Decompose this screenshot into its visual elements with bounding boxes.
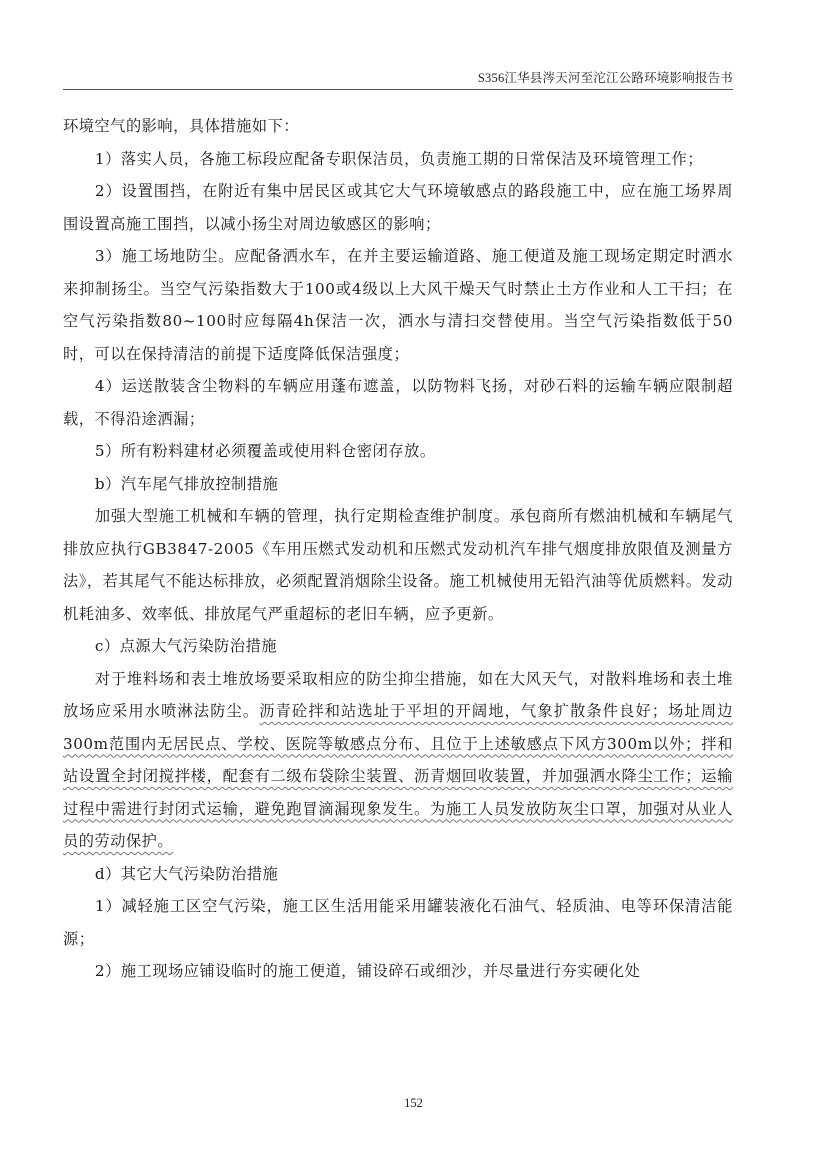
document-title: S356江华县涔天河至沱江公路环境影响报告书 (478, 68, 733, 86)
paragraph-other-measure-2: 2）施工现场应铺设临时的施工便道，铺设碎石或细沙，并尽量进行夯实硬化处 (63, 955, 733, 988)
page-header: S356江华县涔天河至沱江公路环境影响报告书 (63, 68, 733, 90)
paragraph-measure-1: 1）落实人员，各施工标段应配备专职保洁员，负责施工期的日常保洁及环境管理工作； (63, 143, 733, 176)
paragraph-measure-2: 2）设置围挡，在附近有集中居民区或其它大气环境敏感点的路段施工中，应在施工场界周… (63, 175, 733, 240)
paragraph-measure-3: 3）施工场地防尘。应配备洒水车，在并主要运输道路、施工便道及施工现场定期定时洒水… (63, 240, 733, 370)
paragraph-intro: 环境空气的影响，具体措施如下： (63, 110, 733, 143)
paragraph-measure-5: 5）所有粉料建材必须覆盖或使用料仓密闭存放。 (63, 435, 733, 468)
section-heading-c: c）点源大气污染防治措施 (63, 630, 733, 663)
paragraph-point-source: 对于堆料场和表土堆放场要采取相应的防尘抑尘措施，如在大风天气，对散料堆场和表土堆… (63, 663, 733, 858)
paragraph-other-measure-1: 1）减轻施工区空气污染，施工区生活用能采用罐装液化石油气、轻质油、电等环保清洁能… (63, 890, 733, 955)
page-number: 152 (0, 1096, 827, 1111)
paragraph-measure-4: 4）运送散装含尘物料的车辆应用蓬布遮盖，以防物料飞扬，对砂石料的运输车辆应限制超… (63, 370, 733, 435)
section-heading-b: b）汽车尾气排放控制措施 (63, 468, 733, 501)
section-heading-d: d）其它大气污染防治措施 (63, 858, 733, 891)
paragraph-vehicle-exhaust: 加强大型施工机械和车辆的管理，执行定期检查维护制度。承包商所有燃油机械和车辆尾气… (63, 500, 733, 630)
point-source-underlined-text: 沥青砼拌和站选址于平坦的开阔地，气象扩散条件良好；场址周边300m范围内无居民点… (63, 702, 733, 850)
document-body: 环境空气的影响，具体措施如下： 1）落实人员，各施工标段应配备专职保洁员，负责施… (63, 110, 733, 988)
